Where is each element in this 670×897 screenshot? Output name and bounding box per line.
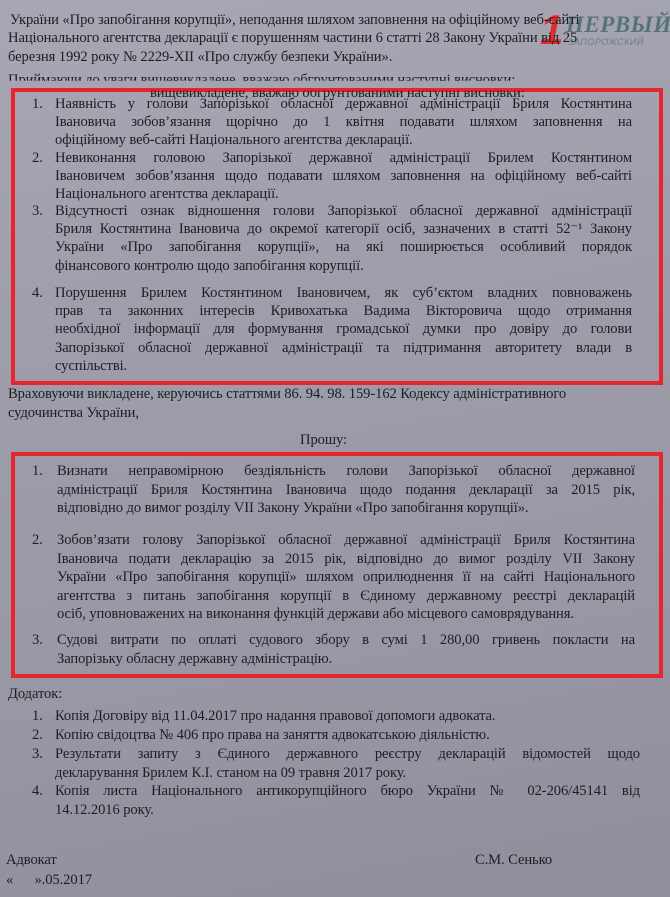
list-item-line: відповідно до вимог розділу VII Закону У… [57,500,528,516]
list-item-line: фінансового контролю щодо запобігання ко… [55,258,364,274]
list-item-line: необхідної інформації для формування гро… [55,321,632,337]
logo-name: ПЕРВЫЙ [566,12,670,38]
list-item-number: 1. [32,96,43,112]
signature-date: « ».05.2017 [6,872,92,888]
signature-name: С.М. Сенько [475,852,552,868]
signature-role: Адвокат [6,852,57,868]
attachments-heading: Додаток: [8,686,62,702]
guided-line: судочинства України, [8,405,139,421]
list-item-line: Визнати неправомірною бездіяльність голо… [57,463,635,479]
list-item-line: Судові витрати по оплаті судового збору … [57,632,635,648]
list-item-line: України «Про запобігання корупції» шляхо… [57,569,635,585]
list-item-line: Невиконання головою Запорізької державно… [55,150,632,166]
list-item-number: 1. [32,708,43,724]
logo-subtitle: запорожский [568,37,644,47]
list-item-line: Зобов’язати голову Запорізької обласної … [57,532,635,548]
request-heading: Прошу: [300,432,347,448]
list-item-line: адміністрації Бриля Костянтина Івановича… [57,482,635,498]
list-item-line: Івановича зобов’язання щорічно до 1 квіт… [55,114,632,130]
list-item-line: Бриля Костянтина Івановича до окремої ка… [55,221,632,237]
list-item-line: Відсутності ознак відношення голови Запо… [55,203,632,219]
list-item-line: Копія Договіру від 11.04.2017 про наданн… [55,708,495,724]
list-item-line: Запорізької обласної державної адміністр… [55,340,632,356]
intro-line: березня 1992 року № 2229-XII «Про службу… [8,49,392,65]
list-item-line: Наявність у голови Запорізької обласної … [55,96,632,112]
list-item-number: 4. [32,285,43,301]
list-item-line: прав та законних інтересів Кривохатька В… [55,303,632,319]
considering-line: Приймаючи до уваги вищевикладене, вважаю… [8,72,515,88]
list-item-number: 2. [32,532,43,548]
list-item-line: декларування Брилем К.І. станом на 09 тр… [55,765,406,781]
list-item-line: Івановичем зобов’язання щодо подавати шл… [55,168,632,184]
list-item-line: Результати запиту з Єдиного державного р… [55,746,640,762]
list-item-number: 3. [32,203,43,219]
list-item-line: України «Про запобігання корупції», на я… [55,239,632,255]
list-item-number: 4. [32,783,43,799]
list-item-line: Національного агентства декларації. [55,186,279,202]
list-item-line: офіційному веб-сайті Національного агент… [55,132,413,148]
list-item-line: Івановича подати декларацію за 2015 рік,… [57,551,635,567]
intro-line: України «Про запобігання корупції», непо… [10,12,579,28]
list-item-number: 1. [32,463,43,479]
list-item-line: осіб, уповноважених на виконання функцій… [57,606,574,622]
list-item-line: Запорізьку обласну державну адміністраці… [57,651,332,667]
intro-line: Національного агентства декларації є пор… [8,30,577,46]
list-item-number: 2. [32,727,43,743]
list-item-line: агентства з питань запобігання корупції … [57,588,635,604]
list-item-number: 3. [32,746,43,762]
list-item-line: Порушення Брилем Костянтином Івановичем,… [55,285,632,301]
list-item-line: суспільстві. [55,358,127,374]
list-item-line: Копія листа Національного антикорупційно… [55,783,640,799]
list-item-number: 2. [32,150,43,166]
document-page: 1 ПЕРВЫЙ запорожский України «Про запобі… [0,0,670,897]
list-item-line: 14.12.2016 року. [55,802,154,818]
list-item-number: 3. [32,632,43,648]
list-item-line: Копію свідоцтва № 406 про права на занят… [55,727,490,743]
guided-line: Враховуючи викладене, керуючись статтями… [8,386,566,402]
